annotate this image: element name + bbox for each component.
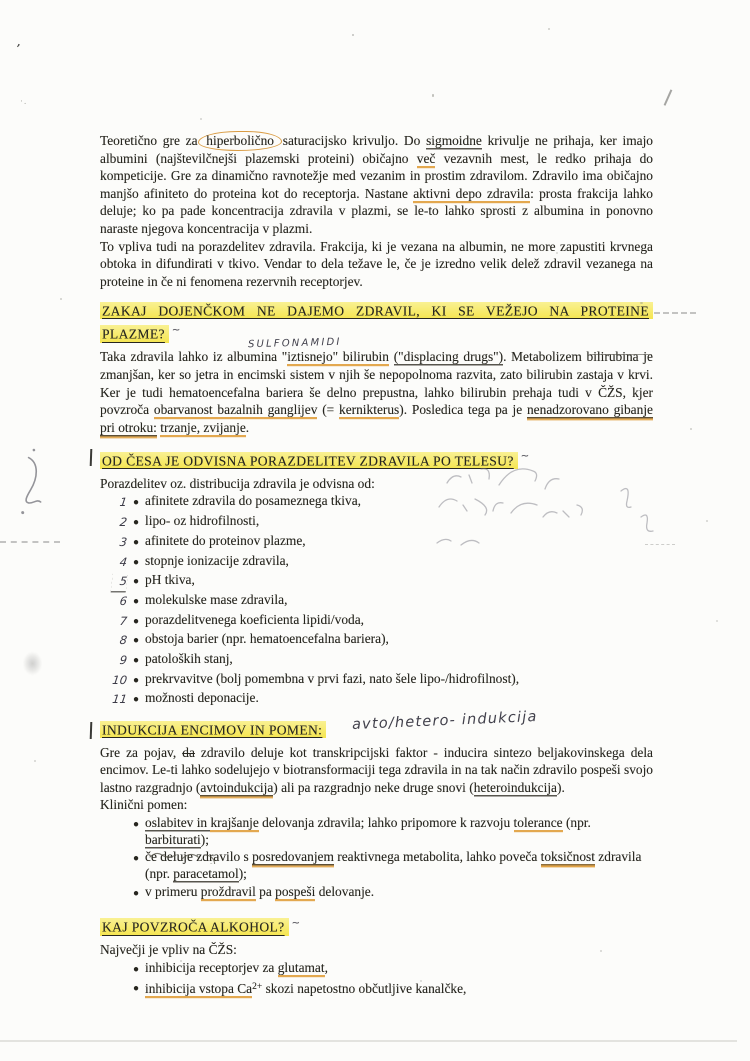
text-run: avtoindukcija bbox=[200, 780, 273, 795]
bullet-icon: ● bbox=[127, 960, 145, 979]
text-run: barbiturati bbox=[145, 832, 201, 847]
handwritten-number: 10 bbox=[111, 671, 128, 690]
text-run: krajšanje bbox=[210, 815, 258, 830]
handwritten-tail-mark: ~ bbox=[292, 918, 301, 929]
paragraph: Teoretično gre za hiperbolično saturacij… bbox=[100, 132, 653, 238]
handwritten-number: 6 bbox=[111, 592, 128, 611]
bullet-icon: ● bbox=[127, 690, 145, 709]
text-run: (npr. bbox=[563, 815, 591, 830]
text-run: afinitete do proteinov plazme, bbox=[145, 533, 306, 548]
list-item-text: če deluje zdravilo s posredovanjem reakt… bbox=[145, 849, 653, 882]
text-run: ("displacing drugs") bbox=[394, 349, 503, 364]
handwritten-tail-mark: ~ bbox=[521, 451, 530, 462]
list-item-text: molekulske mase zdravila, bbox=[145, 592, 653, 611]
handwritten-number: 8 bbox=[111, 631, 128, 650]
scan-speckle bbox=[200, 118, 202, 120]
text-run: , bbox=[325, 960, 328, 975]
bullet-icon: ● bbox=[127, 533, 145, 552]
handwritten-note: SULFONAMIDI bbox=[248, 334, 342, 354]
section-heading: KAJ POVZROČA ALKOHOL?~ bbox=[100, 914, 653, 938]
document-body: Teoretično gre za hiperbolično saturacij… bbox=[100, 132, 653, 1000]
list-item: 5●pH tkiva, bbox=[100, 572, 653, 591]
list-item-text: lipo- oz hidrofilnosti, bbox=[145, 513, 653, 532]
bullet-icon: ● bbox=[127, 849, 145, 882]
bullet-icon: ● bbox=[127, 513, 145, 532]
list-item: ●v primeru proždravil pa pospeši delovan… bbox=[100, 884, 653, 903]
scan-speckle bbox=[34, 760, 36, 762]
list-item-text: v primeru proždravil pa pospeši delovanj… bbox=[145, 884, 653, 903]
text-run: skozi napetostno občutljive kanalčke, bbox=[262, 981, 466, 996]
text-run: paracetamol bbox=[173, 866, 238, 881]
bullet-icon: ● bbox=[127, 572, 145, 591]
scan-speckle bbox=[716, 620, 718, 622]
text-run: heteroindukcija bbox=[474, 780, 557, 795]
fingerprint-smudge bbox=[19, 647, 46, 680]
scan-speckle bbox=[640, 302, 643, 304]
bullet-icon: ● bbox=[127, 592, 145, 611]
handwritten-number: 5 bbox=[111, 572, 128, 591]
paragraph: Gre za pojav, da zdravilo deluje kot tra… bbox=[100, 744, 653, 797]
text-run: Največji je vpliv na ČŽS: bbox=[100, 942, 237, 957]
handwritten-number: 3 bbox=[111, 533, 128, 552]
text-run: Ca bbox=[234, 981, 252, 996]
text-run: Porazdelitev oz. distribucija zdravila j… bbox=[100, 476, 375, 491]
text-run bbox=[389, 349, 394, 364]
text-run: da bbox=[182, 745, 195, 760]
bullet-icon: ● bbox=[127, 979, 145, 998]
list-item-text: oslabitev in krajšanje delovanja zdravil… bbox=[145, 815, 653, 848]
handwritten-number: 1 bbox=[111, 493, 128, 512]
bullet-icon: ● bbox=[127, 671, 145, 690]
bullet-icon: ● bbox=[127, 493, 145, 512]
text-run: ); bbox=[201, 832, 209, 847]
paragraph: Klinični pomen: bbox=[100, 796, 653, 814]
text-run: (= bbox=[317, 402, 339, 417]
list-item-text: inhibicija vstopa Ca2+ skozi napetostno … bbox=[145, 979, 653, 998]
text-run: molekulske mase zdravila, bbox=[145, 592, 287, 607]
text-run: če deluje zdravilo s bbox=[145, 849, 252, 864]
text-run: možnosti deponacije. bbox=[145, 690, 259, 705]
bullet-icon: ● bbox=[127, 815, 145, 848]
text-run: . bbox=[246, 420, 249, 435]
handwritten-number: 7 bbox=[111, 612, 128, 631]
text-run: delovanja zdravila; lahko pripomore k ra… bbox=[259, 815, 514, 830]
bullet-list: ●oslabitev in krajšanje delovanja zdravi… bbox=[100, 815, 653, 903]
list-item: ●inhibicija vstopa Ca2+ skozi napetostno… bbox=[100, 979, 653, 998]
text-run: pospeši bbox=[275, 884, 315, 899]
text-run: prekrvavitve (bolj pomembna v prvi fazi,… bbox=[145, 671, 519, 686]
text-run: več bbox=[417, 151, 436, 166]
heading-text: OD ČESA JE ODVISNA PORAZDELITEV ZDRAVILA… bbox=[100, 452, 518, 470]
heading-text: KAJ POVZROČA ALKOHOL? bbox=[100, 918, 289, 936]
text-run: aktivni depo zdravila bbox=[413, 186, 530, 201]
handwritten-number: 11 bbox=[111, 690, 128, 709]
list-item: ●če deluje zdravilo s posredovanjem reak… bbox=[100, 849, 653, 882]
heading-text: INDUKCIJA ENCIMOV IN POMEN: bbox=[100, 721, 326, 739]
text-run: inhibicija vstopa bbox=[145, 981, 234, 996]
text-run: saturacijsko krivuljo. Do bbox=[277, 133, 426, 148]
scan-speckle bbox=[548, 28, 550, 30]
text-run: glutamat bbox=[278, 960, 325, 975]
margin-tick-mark bbox=[90, 449, 93, 466]
margin-tick-mark bbox=[90, 722, 93, 739]
stray-dots: ·. bbox=[20, 96, 27, 106]
scan-speckle bbox=[690, 428, 692, 430]
list-item-text: stopnje ionizacije zdravila, bbox=[145, 553, 653, 572]
scan-speckle bbox=[556, 252, 558, 254]
text-run: obstoja barier (npr. hematoencefalna bar… bbox=[145, 631, 389, 646]
bullet-list: ●inhibicija receptorjev za glutamat,●inh… bbox=[100, 960, 653, 998]
text-run: trzanje, zvijanje bbox=[160, 420, 246, 435]
paragraph: Porazdelitev oz. distribucija zdravila j… bbox=[100, 475, 653, 493]
list-item-text: prekrvavitve (bolj pomembna v prvi fazi,… bbox=[145, 671, 653, 690]
section-heading: OD ČESA JE ODVISNA PORAZDELITEV ZDRAVILA… bbox=[100, 447, 653, 471]
text-run: 2+ bbox=[252, 982, 262, 992]
text-run: inhibicija receptorjev za bbox=[145, 960, 278, 975]
scan-speckle bbox=[60, 298, 62, 300]
text-run: stopnje ionizacije zdravila, bbox=[145, 553, 289, 568]
list-item: 9●patoloških stanj, bbox=[100, 651, 653, 670]
stray-pen-mark: ʼ bbox=[13, 42, 21, 59]
text-run: oslabitev in bbox=[145, 815, 210, 830]
list-item: 10●prekrvavitve (bolj pomembna v prvi fa… bbox=[100, 671, 653, 690]
dashed-line-fragment bbox=[0, 541, 60, 543]
stray-slash-mark bbox=[664, 89, 672, 105]
list-item-text: afinitete do proteinov plazme, bbox=[145, 533, 653, 552]
text-run: toksičnost bbox=[541, 849, 595, 864]
scan-speckle bbox=[420, 980, 422, 982]
paragraph: Največji je vpliv na ČŽS: bbox=[100, 941, 653, 959]
text-run: ). bbox=[557, 780, 565, 795]
list-item-text: patoloških stanj, bbox=[145, 651, 653, 670]
bullet-icon: ● bbox=[127, 884, 145, 903]
section-heading: ZAKAJ DOJENČKOM NE DAJEMO ZDRAVIL, KI SE… bbox=[100, 301, 653, 344]
text-run: obarvanost bazalnih ganglijev bbox=[154, 402, 318, 417]
paragraph: SULFONAMIDITaka zdravila lahko iz albumi… bbox=[100, 348, 653, 436]
handwritten-tail-mark: ~ bbox=[172, 325, 181, 336]
text-run: delovanje. bbox=[315, 884, 374, 899]
list-item-text: možnosti deponacije. bbox=[145, 690, 653, 709]
list-item: 11●možnosti deponacije. bbox=[100, 690, 653, 709]
text-run: ); bbox=[239, 866, 247, 881]
text-run: posredovanjem bbox=[252, 849, 334, 864]
list-item: 4●stopnje ionizacije zdravila, bbox=[100, 553, 653, 572]
list-item: 7●porazdelitvenega koeficienta lipidi/vo… bbox=[100, 612, 653, 631]
heading-text: ZAKAJ DOJENČKOM NE DAJEMO ZDRAVIL, KI SE… bbox=[100, 302, 653, 343]
text-run: sigmoidne bbox=[426, 133, 482, 148]
list-item-text: inhibicija receptorjev za glutamat, bbox=[145, 960, 653, 979]
text-run: v primeru bbox=[145, 884, 201, 899]
numbered-list: 1●afinitete zdravila do posameznega tkiv… bbox=[100, 493, 653, 709]
text-run: hiperbolično bbox=[198, 131, 282, 151]
text-run: Teoretično gre za bbox=[100, 133, 203, 148]
scan-speckle bbox=[706, 520, 708, 522]
list-item: 2●lipo- oz hidrofilnosti, bbox=[100, 513, 653, 532]
list-item-text: afinitete zdravila do posameznega tkiva, bbox=[145, 493, 653, 512]
text-run: afinitete zdravila do posameznega tkiva, bbox=[145, 493, 361, 508]
text-run: proždravil bbox=[201, 884, 256, 899]
text-run: ). Posledica tega pa je bbox=[399, 402, 527, 417]
handwritten-note: avto/hetero- indukcija bbox=[352, 708, 538, 736]
margin-dash-mark bbox=[654, 312, 696, 314]
scan-speckle bbox=[180, 960, 182, 962]
text-run: tolerance bbox=[514, 815, 563, 830]
list-item: 6●molekulske mase zdravila, bbox=[100, 592, 653, 611]
list-item: ●inhibicija receptorjev za glutamat, bbox=[100, 960, 653, 979]
scan-speckle bbox=[600, 950, 602, 952]
text-run: kernikterus bbox=[339, 402, 399, 417]
text-run: reaktivnega metabolita, lahko poveča bbox=[334, 849, 541, 864]
list-item-text: porazdelitvenega koeficienta lipidi/voda… bbox=[145, 612, 653, 631]
list-item-text: pH tkiva, bbox=[145, 572, 653, 591]
text-run: ) ali pa razgradnjo neke druge snovi ( bbox=[273, 780, 473, 795]
scan-speckle bbox=[432, 94, 434, 97]
handwritten-number: 9 bbox=[111, 651, 128, 670]
bullet-icon: ● bbox=[127, 612, 145, 631]
paragraph: To vpliva tudi na porazdelitev zdravila.… bbox=[100, 238, 653, 291]
text-run: porazdelitvenega koeficienta lipidi/voda… bbox=[145, 612, 364, 627]
handwritten-number: 2 bbox=[111, 513, 128, 532]
text-run: pH tkiva, bbox=[145, 572, 195, 587]
list-item-text: obstoja barier (npr. hematoencefalna bar… bbox=[145, 631, 653, 650]
bullet-icon: ● bbox=[127, 651, 145, 670]
scanner-edge-line bbox=[0, 1040, 737, 1042]
list-item: 3●afinitete do proteinov plazme, bbox=[100, 533, 653, 552]
text-run: patoloških stanj, bbox=[145, 651, 233, 666]
handwritten-margin-mark bbox=[0, 439, 63, 528]
text-run: lipo- oz hidrofilnosti, bbox=[145, 513, 259, 528]
text-run: Klinični pomen: bbox=[100, 797, 187, 812]
list-item: 1●afinitete zdravila do posameznega tkiv… bbox=[100, 493, 653, 512]
list-item: ●oslabitev in krajšanje delovanja zdravi… bbox=[100, 815, 653, 848]
bullet-icon: ● bbox=[127, 553, 145, 572]
handwritten-number: 4 bbox=[111, 553, 128, 572]
scanned-page: Teoretično gre za hiperbolično saturacij… bbox=[0, 0, 750, 1061]
scan-speckle bbox=[352, 34, 354, 36]
text-run: pa bbox=[256, 884, 275, 899]
section-heading: INDUKCIJA ENCIMOV IN POMEN:avto/hetero- … bbox=[100, 720, 653, 740]
list-item: 8●obstoja barier (npr. hematoencefalna b… bbox=[100, 631, 653, 650]
bullet-icon: ● bbox=[127, 631, 145, 650]
text-run: Gre za pojav, bbox=[100, 745, 182, 760]
text-run: To vpliva tudi na porazdelitev zdravila.… bbox=[100, 239, 653, 289]
